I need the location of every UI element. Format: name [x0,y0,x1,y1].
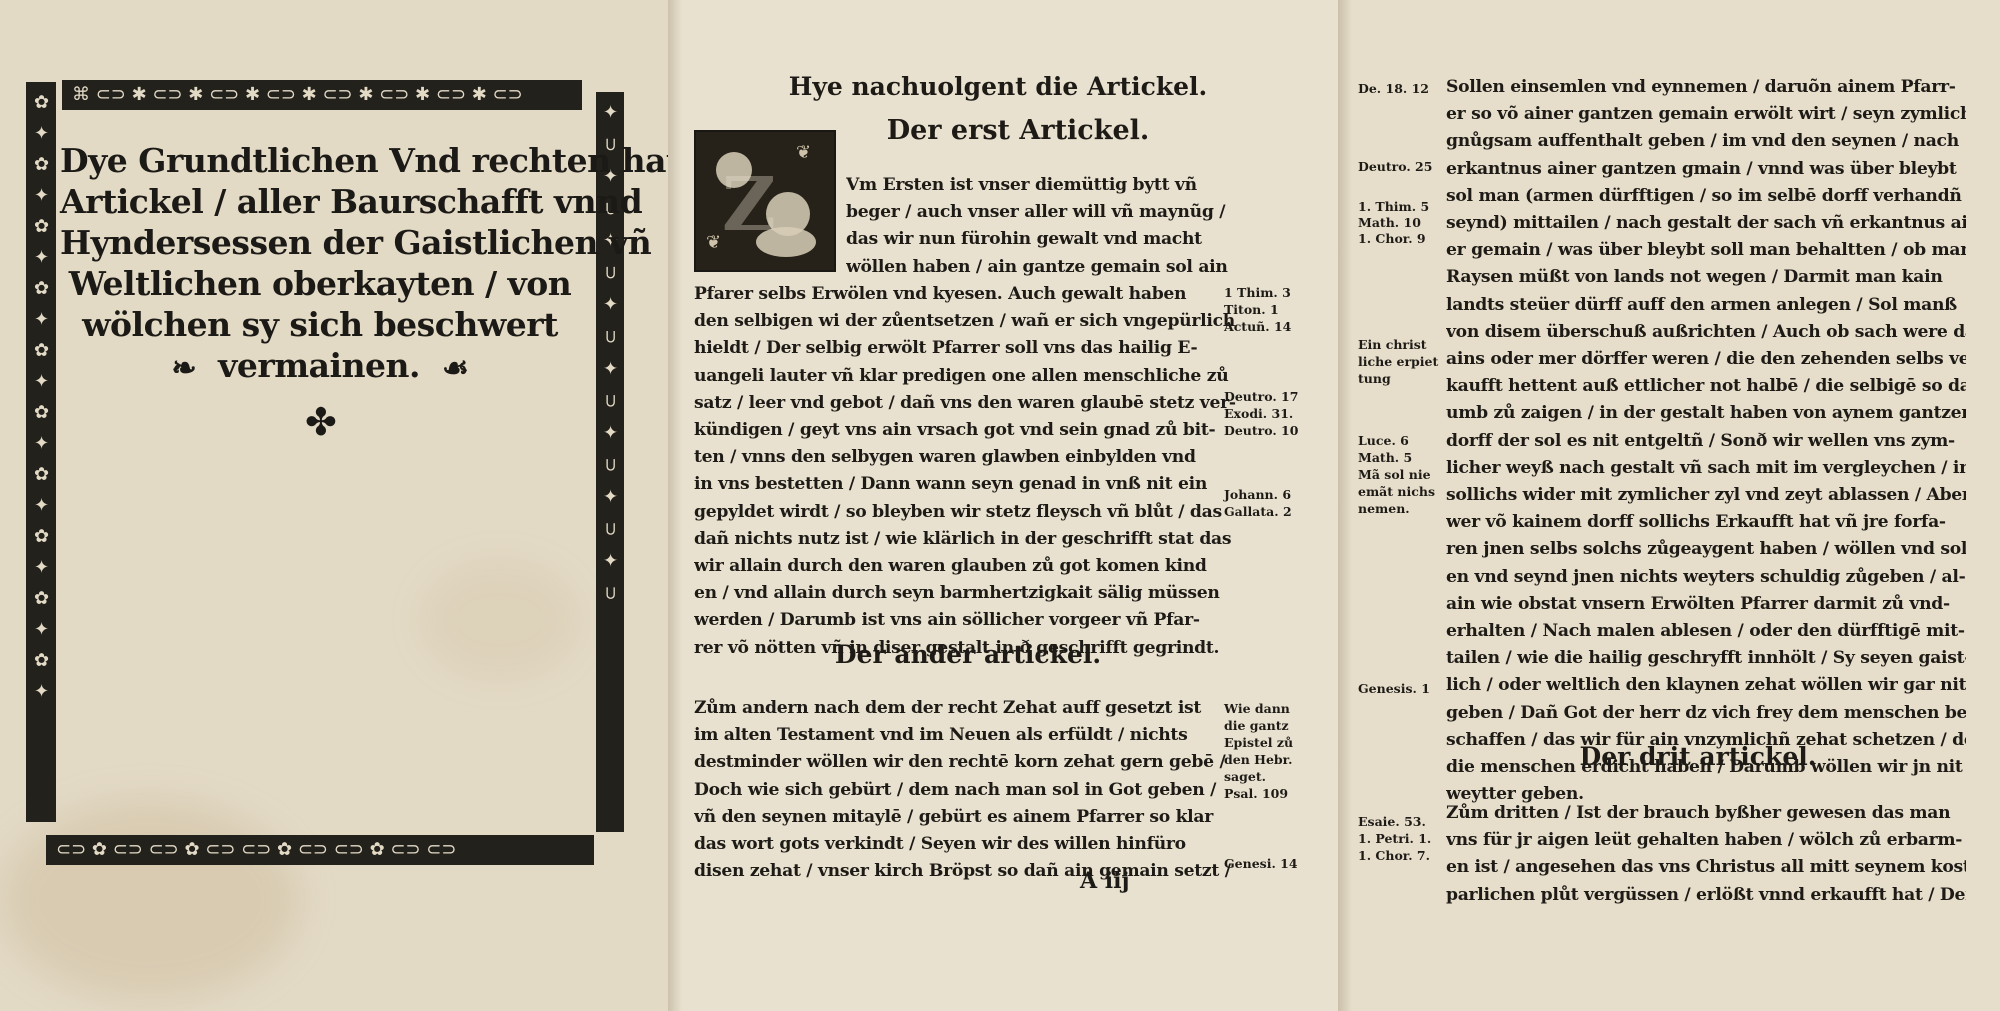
margin-note: den Hebr. [1224,751,1292,768]
margin-note: Mã sol nie [1358,466,1431,483]
margin-note: Deutro. 17 [1224,388,1298,405]
margin-note: nemen. [1358,500,1410,517]
text-line: Zům dritten / Ist der brauch byßher gewe… [1446,800,1966,827]
margin-note: Genesis. 1 [1358,680,1430,697]
margin-note: saget. [1224,768,1266,785]
text-line: Raysen müßt von lands not wegen / Darmit… [1446,264,1966,291]
page-gutter [1338,0,1352,1011]
text-line: Zům andern nach dem der recht Zehat auff… [694,695,1236,722]
margin-note: Esaie. 53. [1358,813,1426,830]
margin-note: Genesi. 14 [1224,855,1298,872]
leaf-icon: ❦ [796,142,811,163]
article-1-body: Pfarer selbs Erwölen vnd kyesen. Auch ge… [694,281,1236,662]
text-line: umb zů zaigen / in der gestalt haben von… [1446,400,1966,427]
text-line: im alten Testament vnd im Neuen als erfü… [694,722,1236,749]
text-line: ren jnen selbs solchs zůgeaygent haben /… [1446,536,1966,563]
text-line: wer võ kainem dorff sollichs Erkaufft ha… [1446,509,1966,536]
text-page-middle: Hye nachuolgent die Artickel. Der erst A… [668,0,1338,1011]
text-line: geben / Dañ Got der herr dz vich frey de… [1446,700,1966,727]
margin-note: Titon. 1 [1224,301,1279,318]
margin-note: Math. 10 [1358,214,1421,231]
margin-note: Math. 5 [1358,449,1412,466]
text-line: hieldt / Der selbig erwölt Pfarrer soll … [694,335,1236,362]
text-line: parlichen plůt vergüssen / erlößt vnnd e… [1446,882,1966,909]
drop-cap: Z [722,162,776,248]
title-page: ⌘ ⊂⊃ ✱ ⊂⊃ ✱ ⊂⊃ ✱ ⊂⊃ ✱ ⊂⊃ ✱ ⊂⊃ ✱ ⊂⊃ ✱ ⊂⊃ … [0,0,668,1011]
fleuron-right-icon: ☙ [442,348,468,389]
margin-note: tung [1358,370,1391,387]
fleuron-left-icon: ❧ [172,348,197,389]
text-line: satz / leer vnd gebot / dañ vns den ware… [694,390,1236,417]
text-line: das wir nun fürohin gewalt vnd macht [846,226,1236,253]
text-line: beger / auch vnser aller will vñ maynũg … [846,199,1236,226]
text-line: Vm Ersten ist vnser diemüttig bytt vñ [846,172,1236,199]
text-line: in vns bestetten / Dann wann seyn genad … [694,471,1236,498]
text-line: vns für jr aigen leüt gehalten haben / w… [1446,827,1966,854]
title-line: wölchen sy sich beschwert [60,304,580,345]
margin-note: 1. Thim. 5 [1358,198,1429,215]
border-top: ⌘ ⊂⊃ ✱ ⊂⊃ ✱ ⊂⊃ ✱ ⊂⊃ ✱ ⊂⊃ ✱ ⊂⊃ ✱ ⊂⊃ ✱ ⊂⊃ [62,80,582,110]
margin-note: Gallata. 2 [1224,503,1292,520]
text-line: kaufft hettent auß ettlicher not halbē /… [1446,373,1966,400]
text-line: den selbigen wi der zůentsetzen / wañ er… [694,308,1236,335]
text-line: gnůgsam auffenthalt geben / im vnd den s… [1446,128,1966,155]
text-line: er so võ ainer gantzen gemain erwölt wir… [1446,101,1966,128]
text-line: werden / Darumb ist vns ain söllicher vo… [694,607,1236,634]
article-2-continued: Sollen einsemlen vnd eynnemen / daruõn a… [1446,74,1966,808]
margin-note: Ein christ [1358,336,1427,353]
margin-note: Wie dann [1224,700,1290,717]
woodcut-initial-illustration: ❦ ❦ Z [694,130,836,272]
text-line: destminder wöllen wir den rechtē korn ze… [694,749,1236,776]
margin-note: 1. Chor. 9 [1358,230,1426,247]
text-line: ains oder mer dörffer weren / die den ze… [1446,346,1966,373]
border-bottom: ⊂⊃ ✿ ⊂⊃ ⊂⊃ ✿ ⊂⊃ ⊂⊃ ✿ ⊂⊃ ⊂⊃ ✿ ⊂⊃ ⊂⊃ [46,835,594,865]
ornament-icon: ⌘ ⊂⊃ ✱ ⊂⊃ ✱ ⊂⊃ ✱ ⊂⊃ ✱ ⊂⊃ ✱ ⊂⊃ ✱ ⊂⊃ ✱ ⊂⊃ [72,86,523,104]
margin-note: liche erpiet [1358,353,1438,370]
text-line: sol man (armen dürfftigen / so im selbē … [1446,183,1966,210]
text-line: en ist / angesehen das vns Christus all … [1446,854,1966,881]
text-line: vñ den seynen mitaylē / gebürt es ainem … [694,804,1236,831]
margin-note: 1. Petri. 1. [1358,830,1431,847]
text-line: erhalten / Nach malen ablesen / oder den… [1446,618,1966,645]
article-1-heading: Der erst Artickel. [808,115,1228,146]
text-line: Sollen einsemlen vnd eynnemen / daruõn a… [1446,74,1966,101]
title-line: Hyndersessen der Gaistlichen vñ [60,222,580,263]
title-line: Weltlichen oberkayten / von [60,263,580,304]
margin-note: Actuñ. 14 [1224,318,1291,335]
margin-note: die gantz [1224,717,1289,734]
margin-note: Deutro. 10 [1224,422,1298,439]
book-title: Dye Grundtlichen Vnd rechten haupt Artic… [60,140,580,389]
margin-note: 1. Chor. 7. [1358,847,1430,864]
title-line: Artickel / aller Baurschafft vnnd [60,181,580,222]
text-line: wir allain durch den waren glauben zů go… [694,553,1236,580]
text-line: dorff der sol es nit entgeltñ / Sonð wir… [1446,428,1966,455]
margin-note: Luce. 6 [1358,432,1409,449]
margin-note: De. 18. 12 [1358,80,1429,97]
article-2-heading: Der ander artickel. [768,640,1168,669]
text-line: licher weyß nach gestalt vñ sach mit im … [1446,455,1966,482]
text-line: er gemain / was über bleybt soll man beh… [1446,237,1966,264]
title-line: vermainen. [218,346,420,385]
text-line: Doch wie sich gebürt / dem nach man sol … [694,777,1236,804]
margin-note: 1 Thim. 3 [1224,284,1291,301]
text-line: von disem überschuß außrichten / Auch ob… [1446,319,1966,346]
printer-mark-icon: ✤ [305,400,337,444]
margin-note: Deutro. 25 [1358,158,1432,175]
text-line: landts steüer dürff auff den armen anleg… [1446,292,1966,319]
title-line: Dye Grundtlichen Vnd rechten haupt [60,140,580,181]
leaf-icon: ❦ [706,232,721,253]
margin-note: Epistel zů [1224,734,1293,751]
ornament-icon: ⊂⊃ ✿ ⊂⊃ ⊂⊃ ✿ ⊂⊃ ⊂⊃ ✿ ⊂⊃ ⊂⊃ ✿ ⊂⊃ ⊂⊃ [56,841,456,859]
signature-mark: A iij [1080,868,1129,894]
text-line: en vnd seynd jnen nichts weyters schuldi… [1446,564,1966,591]
water-stain [0,800,300,1000]
border-left: ✿✦✿✦✿✦✿✦✿✦✿✦✿✦✿✦✿✦✿✦ [26,82,56,822]
text-line: seynd) mittailen / nach gestalt der sach… [1446,210,1966,237]
paper-stain [420,560,580,680]
text-line: Pfarer selbs Erwölen vnd kyesen. Auch ge… [694,281,1236,308]
article-3-heading: Der drit artickel. [1498,742,1898,771]
text-line: sollichs wider mit zymlicher zyl vnd zey… [1446,482,1966,509]
text-line: tailen / wie die hailig geschryfft innhö… [1446,645,1966,672]
text-line: dañ nichts nutz ist / wie klärlich in de… [694,526,1236,553]
page-gutter [668,0,682,1011]
text-line: erkantnus ainer gantzen gmain / vnnd was… [1446,156,1966,183]
text-line: das wort gots verkindt / Seyen wir des w… [694,831,1236,858]
article-2-body: Zům andern nach dem der recht Zehat auff… [694,695,1236,885]
margin-note: Psal. 109 [1224,785,1288,802]
margin-note: emãt nichs [1358,483,1435,500]
text-line: kündigen / geyt vns ain vrsach got vnd s… [694,417,1236,444]
text-line: wöllen haben / ain gantze gemain sol ain [846,254,1236,281]
article-3-body: Zům dritten / Ist der brauch byßher gewe… [1446,800,1966,909]
article-1-opening: Vm Ersten ist vnser diemüttig bytt vñ be… [846,172,1236,281]
text-line: ten / vnns den selbygen waren glawben ei… [694,444,1236,471]
text-page-right: De. 18. 12 Deutro. 25 1. Thim. 5 Math. 1… [1338,0,2000,1011]
running-head: Hye nachuolgent die Artickel. [728,72,1268,101]
ornament-icon: ✿✦✿✦✿✦✿✦✿✦✿✦✿✦✿✦✿✦✿✦ [32,92,50,712]
margin-note: Exodi. 31. [1224,405,1293,422]
text-line: uangeli lauter vñ klar predigen one alle… [694,363,1236,390]
text-line: disen zehat / vnser kirch Bröpst so dañ … [694,858,1236,885]
text-line: gepyldet wirdt / so bleyben wir stetz fl… [694,499,1236,526]
margin-note: Johann. 6 [1224,486,1291,503]
text-line: ain wie obstat vnsern Erwölten Pfarrer d… [1446,591,1966,618]
text-line: lich / oder weltlich den klaynen zehat w… [1446,672,1966,699]
text-line: en / vnd allain durch seyn barmhertzigka… [694,580,1236,607]
